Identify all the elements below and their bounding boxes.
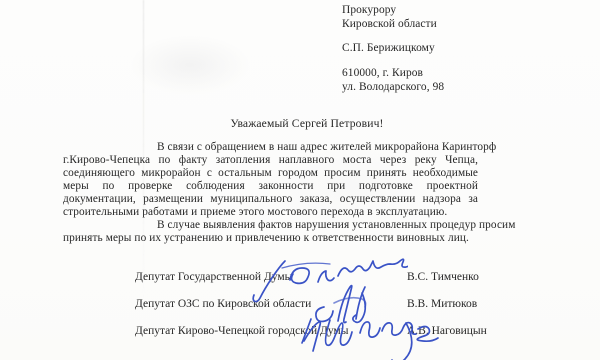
body-line: В связи с обращением в наш адрес жителей… [63, 141, 478, 154]
signatory-name: В.С. Тимченко [407, 271, 479, 284]
recipient-address-block: Прокурору Кировской области С.П. Берижиц… [342, 3, 444, 94]
recipient-line-title: Прокурору [342, 3, 444, 17]
signature-row: Депутат Государственной Думы В.С. Тимчен… [135, 271, 500, 284]
signatory-title: Депутат Государственной Думы [135, 271, 292, 283]
body-line: соединяющего микрорайон с остальным горо… [63, 167, 478, 180]
signatory-title: Депутат Кирово-Чепецкой городской Думы [135, 325, 348, 337]
signatory-title: Депутат ОЗС по Кировской области [135, 298, 311, 310]
signature-block: Депутат Государственной Думы В.С. Тимчен… [135, 271, 500, 352]
scanned-letter-page: Прокурору Кировской области С.П. Берижиц… [0, 0, 600, 360]
scan-smudge [130, 35, 250, 95]
spacer [342, 55, 444, 66]
signature-row: Депутат ОЗС по Кировской области В.В. Ми… [135, 298, 500, 311]
recipient-line-region: Кировской области [342, 17, 444, 31]
spacer [342, 31, 444, 41]
body-line: строительными работами и приеме этого мо… [63, 206, 478, 219]
body-line: принять меры по их устранению и привлече… [63, 232, 478, 245]
recipient-line-street: ул. Володарского, 98 [342, 80, 444, 94]
signatory-name: А.В. Наговицын [407, 325, 487, 338]
signatory-name: В.В. Митюков [407, 298, 477, 311]
body-line: г.Кирово-Чепецка по факту затопления нап… [63, 154, 478, 167]
recipient-line-person: С.П. Берижицкому [342, 41, 444, 55]
recipient-line-postal: 610000, г. Киров [342, 66, 444, 80]
body-line: документации, размещении муниципального … [63, 193, 478, 206]
body-line: В случае выявления фактов нарушения уста… [63, 219, 478, 232]
signature-row: Депутат Кирово-Чепецкой городской Думы А… [135, 325, 500, 338]
body-line: меры по проверке соблюдения законности п… [63, 180, 478, 193]
letter-body: В связи с обращением в наш адрес жителей… [63, 141, 478, 245]
salutation: Уважаемый Сергей Петрович! [0, 117, 600, 131]
